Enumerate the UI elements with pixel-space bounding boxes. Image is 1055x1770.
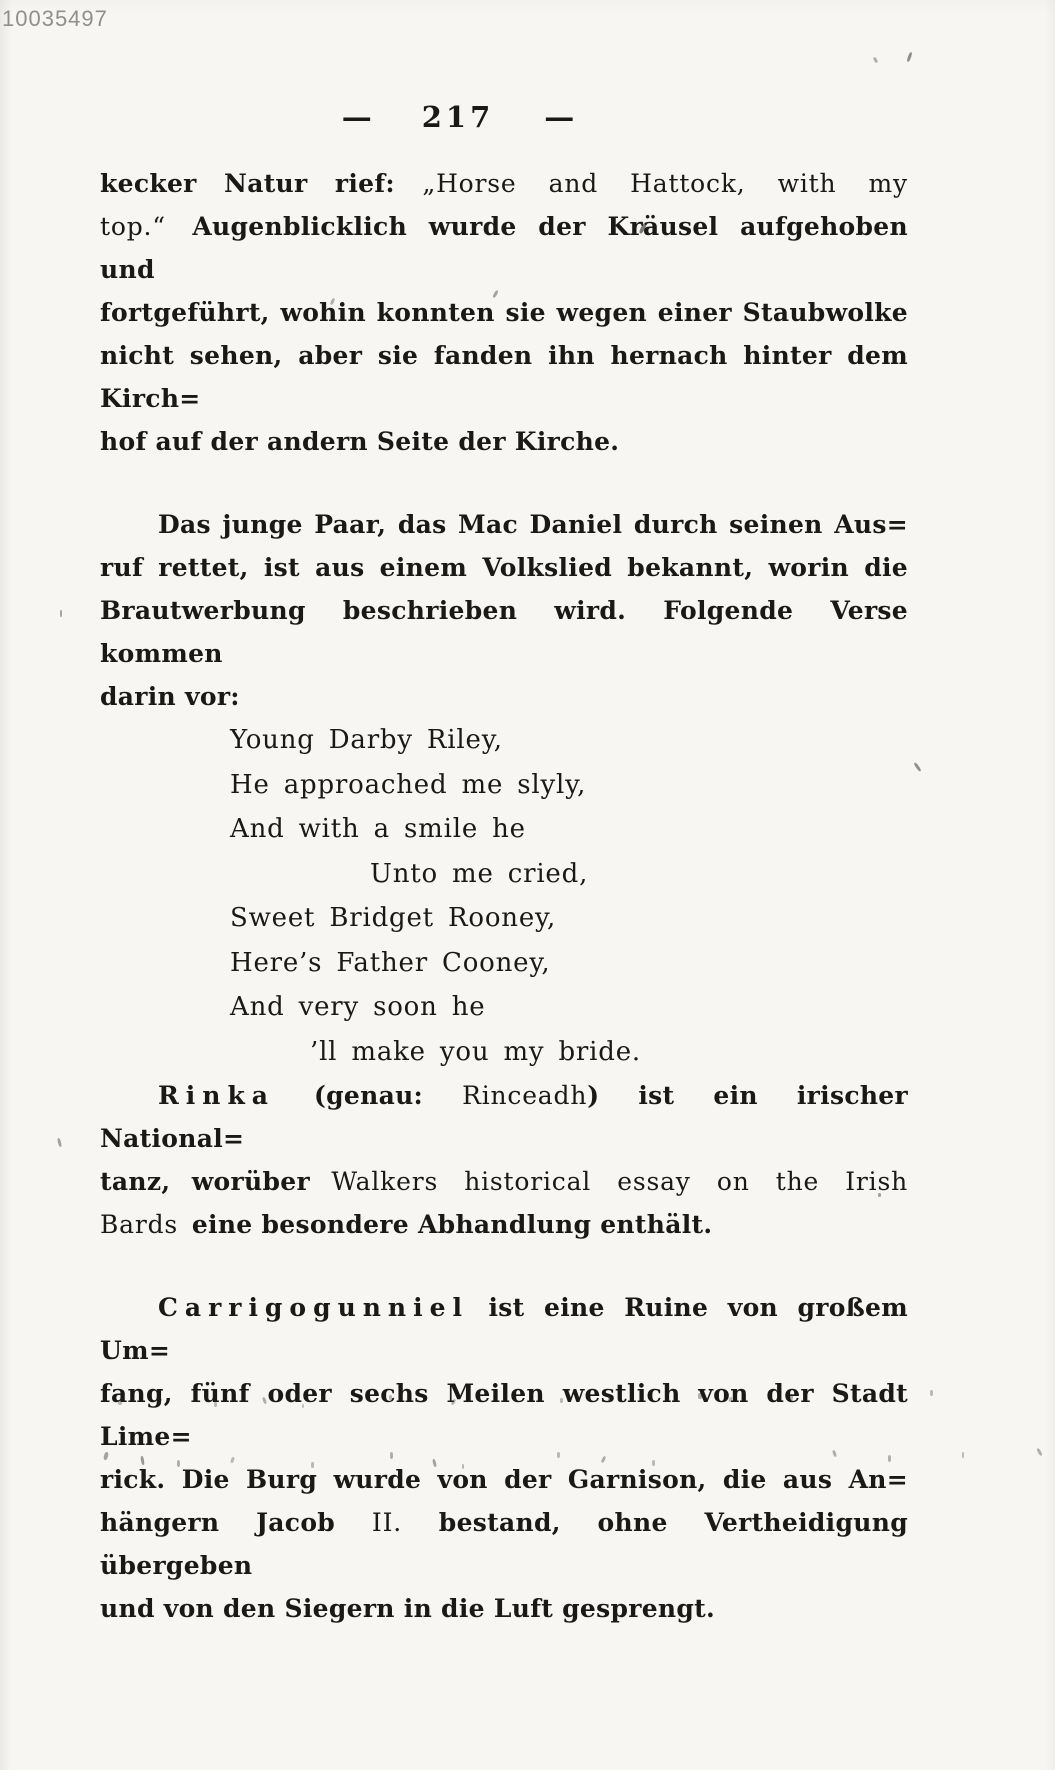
fraktur-text: Brautwerbung beschrieben wird. Folgende … bbox=[100, 596, 908, 668]
text-line: Rinka (genau: Rinceadh) ist ein irischer… bbox=[100, 1074, 908, 1160]
text-line: Carrigogunniel ist eine Ruine von großem… bbox=[100, 1286, 908, 1372]
fraktur-text: (genau: bbox=[275, 1081, 462, 1110]
text-line: Das junge Paar, das Mac Daniel durch sei… bbox=[100, 503, 908, 546]
scan-speck bbox=[557, 1452, 560, 1458]
header-dash-right: — bbox=[544, 100, 574, 135]
scan-id: 10035497 bbox=[2, 6, 108, 32]
fraktur-text: nicht sehen, aber sie fanden ihn hernach… bbox=[100, 341, 908, 413]
scan-speck bbox=[60, 610, 62, 617]
scan-speck bbox=[302, 1404, 304, 1408]
verse-block: Young Darby Riley,He approached me slyly… bbox=[100, 718, 908, 1074]
text-line: darin vor: bbox=[100, 675, 908, 718]
antiqua-text: Here’s Father Cooney, bbox=[230, 948, 550, 978]
fraktur-text: Das junge Paar, das Mac Daniel durch sei… bbox=[158, 510, 908, 539]
scan-speck bbox=[311, 1462, 314, 1468]
paragraph: Rinka (genau: Rinceadh) ist ein irischer… bbox=[100, 1074, 908, 1246]
fraktur-text: tanz, worüber bbox=[100, 1167, 331, 1196]
fraktur-sperr-text: Rinka bbox=[158, 1081, 275, 1110]
scan-speck bbox=[790, 1394, 793, 1400]
text-line: ’ll make you my bride. bbox=[310, 1030, 908, 1075]
fraktur-text: und von den Siegern in die Luft gespreng… bbox=[100, 1594, 715, 1623]
text-line: And very soon he bbox=[230, 985, 908, 1030]
fraktur-text: eine besondere Abhandlung enthält. bbox=[192, 1210, 713, 1239]
antiqua-text: Unto me cried, bbox=[370, 859, 588, 889]
antiqua-text: And very soon he bbox=[230, 992, 485, 1022]
header-dash-left: — bbox=[342, 100, 372, 135]
page-header: — 217 — bbox=[54, 100, 862, 135]
scan-speck bbox=[390, 1452, 393, 1459]
fraktur-text: Augenblicklich wurde der Kräusel aufgeho… bbox=[100, 212, 908, 284]
scan-speck bbox=[888, 1455, 891, 1462]
fraktur-text: darin vor: bbox=[100, 682, 240, 711]
scan-speck bbox=[1036, 1448, 1043, 1456]
scan-speck bbox=[962, 1452, 964, 1458]
fraktur-text: ruf rettet, ist aus einem Volkslied beka… bbox=[100, 553, 908, 582]
text-line: And with a smile he bbox=[230, 807, 908, 852]
text-line: fang, fünf oder sechs Meilen westlich vo… bbox=[100, 1372, 908, 1458]
fraktur-text: rick. Die Burg wurde von der Garnison, d… bbox=[100, 1465, 908, 1494]
text-line: kecker Natur rief: „Horse and Hattock, w… bbox=[100, 162, 908, 205]
scan-speck bbox=[608, 1396, 611, 1402]
scan-speck bbox=[930, 1390, 933, 1396]
text-line: Bards eine besondere Abhandlung enthält. bbox=[100, 1203, 908, 1246]
text-line: Here’s Father Cooney, bbox=[230, 941, 908, 986]
scan-speck bbox=[560, 1398, 563, 1403]
scan-speck bbox=[214, 1402, 217, 1407]
scan-speck bbox=[652, 1460, 655, 1466]
fraktur-text: fang, fünf oder sechs Meilen westlich vo… bbox=[100, 1379, 908, 1451]
text-line: Unto me cried, bbox=[370, 852, 908, 897]
text-line: fortgeführt, wohin konnten sie wegen ein… bbox=[100, 291, 908, 334]
antiqua-text: „Horse and Hattock, with my bbox=[422, 169, 908, 198]
antiqua-text: And with a smile he bbox=[230, 814, 526, 844]
antiqua-text: ’ll make you my bride. bbox=[310, 1037, 641, 1067]
antiqua-text: top.“ bbox=[100, 212, 192, 241]
text-line: Brautwerbung beschrieben wird. Folgende … bbox=[100, 589, 908, 675]
text-line: tanz, worüber Walkers historical essay o… bbox=[100, 1160, 908, 1203]
fraktur-text: kecker Natur rief: bbox=[100, 169, 422, 198]
text-line: He approached me slyly, bbox=[230, 763, 908, 808]
paragraph: Carrigogunniel ist eine Ruine von großem… bbox=[100, 1286, 908, 1630]
text-line: Young Darby Riley, bbox=[230, 718, 908, 763]
fraktur-text: fortgeführt, wohin konnten sie wegen ein… bbox=[100, 298, 908, 327]
text-line: nicht sehen, aber sie fanden ihn hernach… bbox=[100, 334, 908, 420]
scan-speck bbox=[906, 52, 912, 62]
scan-speck bbox=[389, 1395, 392, 1400]
antiqua-text: Young Darby Riley, bbox=[230, 725, 503, 755]
scan-speck bbox=[878, 1193, 881, 1197]
antiqua-text: Sweet Bridget Rooney, bbox=[230, 903, 556, 933]
text-block: kecker Natur rief: „Horse and Hattock, w… bbox=[100, 162, 908, 1630]
text-line: hängern Jacob II. bestand, ohne Vertheid… bbox=[100, 1501, 908, 1587]
scan-speck bbox=[698, 1393, 702, 1399]
scan-speck bbox=[873, 57, 879, 64]
page-number: 217 bbox=[422, 100, 495, 134]
scan-speck bbox=[913, 762, 921, 772]
antiqua-text: He approached me slyly, bbox=[230, 770, 586, 800]
text-line: top.“ Augenblicklich wurde der Kräusel a… bbox=[100, 205, 908, 291]
text-line: Sweet Bridget Rooney, bbox=[230, 896, 908, 941]
text-line: ruf rettet, ist aus einem Volkslied beka… bbox=[100, 546, 908, 589]
text-line: rick. Die Burg wurde von der Garnison, d… bbox=[100, 1458, 908, 1501]
scan-speck bbox=[177, 1460, 180, 1467]
paragraph: Das junge Paar, das Mac Daniel durch sei… bbox=[100, 503, 908, 718]
scan-speck bbox=[462, 1464, 464, 1469]
fraktur-text: hof auf der andern Seite der Kirche. bbox=[100, 427, 619, 456]
fraktur-sperr-text: Carrigogunniel bbox=[158, 1293, 469, 1322]
antiqua-text: Rinceadh bbox=[462, 1081, 587, 1110]
fraktur-text: hängern Jacob bbox=[100, 1508, 372, 1537]
text-line: und von den Siegern in die Luft gespreng… bbox=[100, 1587, 908, 1630]
paragraph: kecker Natur rief: „Horse and Hattock, w… bbox=[100, 162, 908, 463]
text-line: hof auf der andern Seite der Kirche. bbox=[100, 420, 908, 463]
antiqua-text: Bards bbox=[100, 1210, 192, 1239]
antiqua-text: Walkers historical essay on the Irish bbox=[331, 1167, 908, 1196]
antiqua-text: II. bbox=[372, 1508, 402, 1537]
scan-speck bbox=[118, 1400, 122, 1405]
scan-speck bbox=[57, 1138, 62, 1147]
